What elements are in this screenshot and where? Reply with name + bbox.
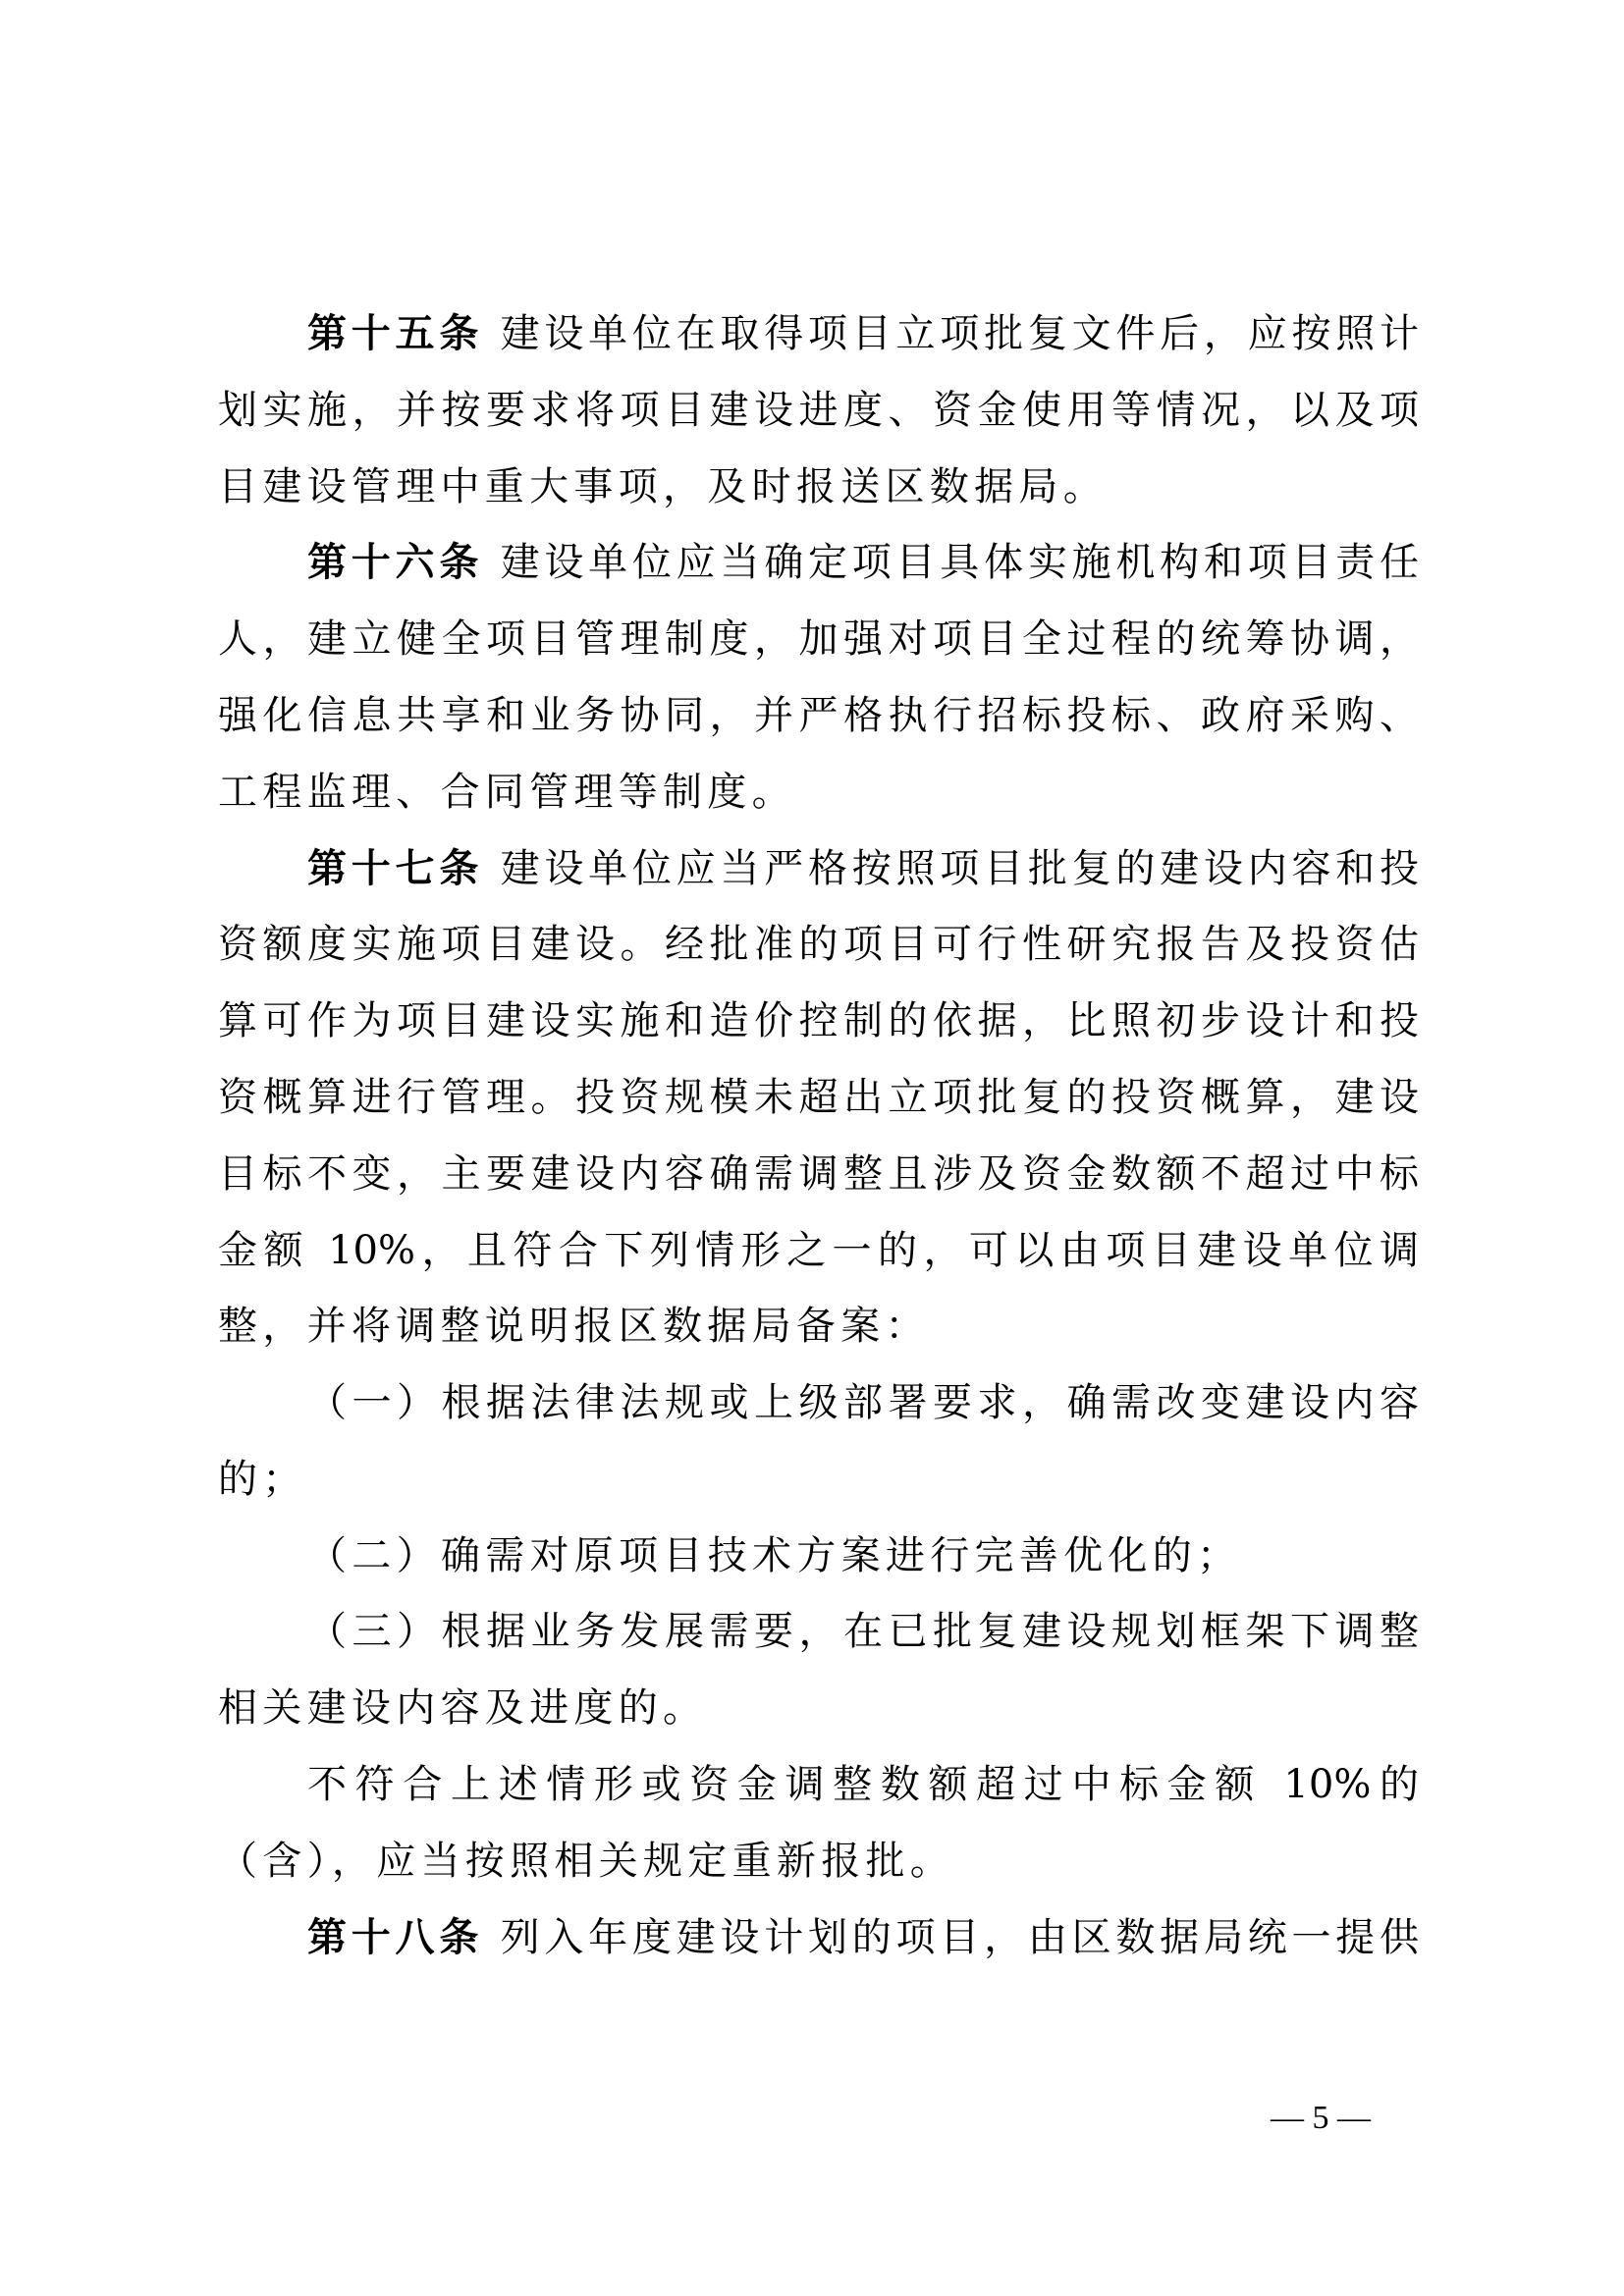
article-label: 第十八条: [307, 1914, 483, 1960]
list-item-line: （一）根据法律法规或上级部署要求，确需改变建设内容: [307, 1379, 1419, 1426]
paragraph-line: 强化信息共享和业务协同，并严格执行招标投标、政府采购、: [218, 692, 1419, 739]
paragraph-line: 第十五条 建设单位在取得项目立项批复文件后，应按照计: [307, 310, 1419, 357]
list-item-line: 相关建设内容及进度的。: [218, 1684, 1419, 1732]
paragraph-line: 不符合上述情形或资金调整数额超过中标金额 10%的: [307, 1761, 1419, 1808]
paragraph-line: 第十七条 建设单位应当严格按照项目批复的建设内容和投: [307, 845, 1419, 892]
page-number: — 5 —: [1247, 2099, 1394, 2138]
paragraph-line: 目建设管理中重大事项，及时报送区数据局。: [218, 463, 1419, 510]
line-text: 建设单位在取得项目立项批复文件后，应按照计: [483, 311, 1419, 356]
paragraph-line: 资概算进行管理。投资规模未超出立项批复的投资概算，建设: [218, 1074, 1419, 1121]
document-page: 第十五条 建设单位在取得项目立项批复文件后，应按照计 划实施，并按要求将项目建设…: [0, 0, 1624, 2296]
paragraph-line: 算可作为项目建设实施和造价控制的依据，比照初步设计和投: [218, 997, 1419, 1044]
line-text: 列入年度建设计划的项目，由区数据局统一提供: [483, 1915, 1419, 1960]
article-label: 第十六条: [307, 539, 483, 585]
paragraph-line: 资额度实施项目建设。经批准的项目可行性研究报告及投资估: [218, 921, 1419, 968]
paragraph-line: 划实施，并按要求将项目建设进度、资金使用等情况，以及项: [218, 387, 1419, 434]
article-label: 第十七条: [307, 845, 483, 891]
paragraph-line: 人，建立健全项目管理制度，加强对项目全过程的统筹协调，: [218, 615, 1419, 663]
paragraph-line: 目标不变，主要建设内容确需调整且涉及资金数额不超过中标: [218, 1150, 1419, 1198]
paragraph-line: （含），应当按照相关规定重新报批。: [218, 1838, 1419, 1885]
list-item-line: （二）确需对原项目技术方案进行完善优化的；: [307, 1532, 1419, 1579]
paragraph-line: 工程监理、合同管理等制度。: [218, 769, 1419, 816]
list-item-line: 的；: [218, 1456, 1419, 1503]
paragraph-line: 第十八条 列入年度建设计划的项目，由区数据局统一提供: [307, 1914, 1419, 1961]
line-text: 建设单位应当确定项目具体实施机构和项目责任: [483, 540, 1419, 585]
paragraph-line: 第十六条 建设单位应当确定项目具体实施机构和项目责任: [307, 539, 1419, 586]
line-text: 建设单位应当严格按照项目批复的建设内容和投: [483, 846, 1419, 891]
article-label: 第十五条: [307, 310, 483, 356]
list-item-line: （三）根据业务发展需要，在已批复建设规划框架下调整: [307, 1608, 1419, 1655]
paragraph-line: 金额 10%，且符合下列情形之一的，可以由项目建设单位调: [218, 1227, 1419, 1274]
paragraph-line: 整，并将调整说明报区数据局备案：: [218, 1303, 1419, 1350]
